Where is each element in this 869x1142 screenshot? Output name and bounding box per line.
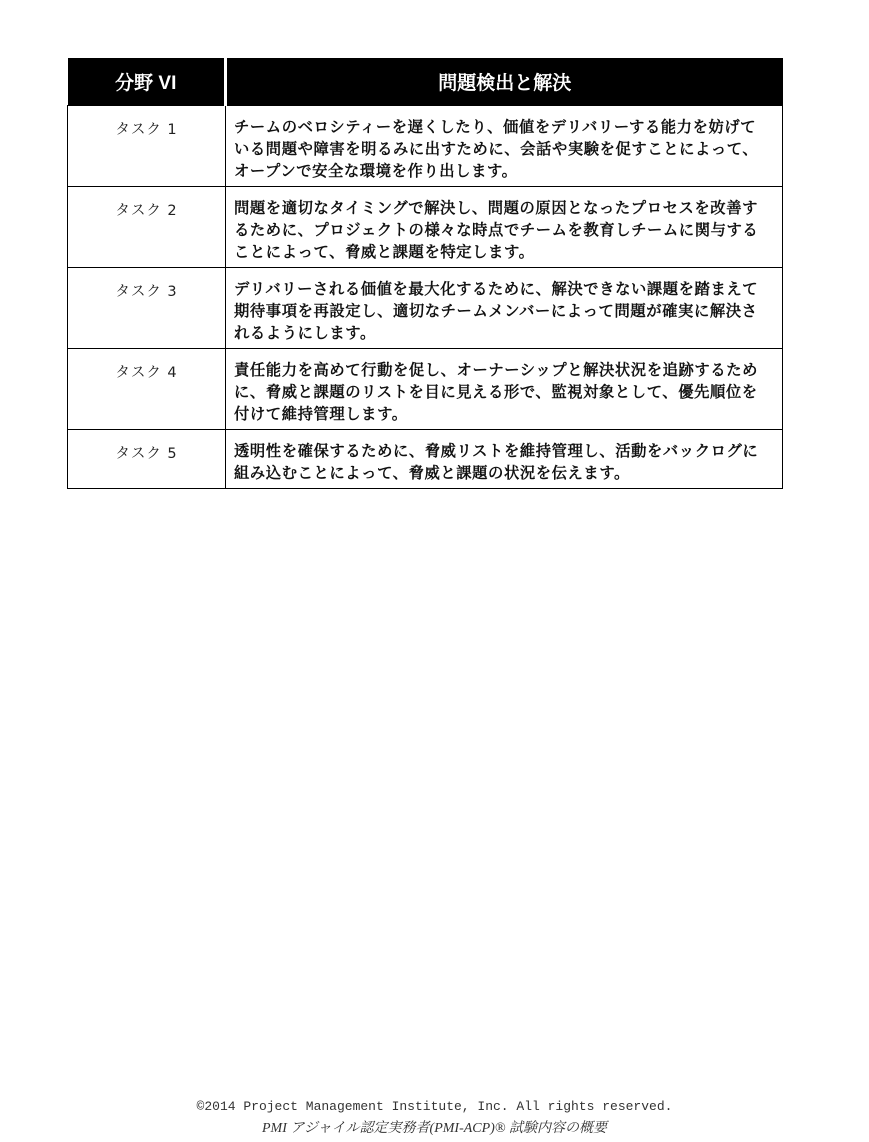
table-header-row: 分野 VI 問題検出と解決	[68, 58, 783, 106]
task-label: タスク 4	[68, 349, 226, 430]
task-label: タスク 2	[68, 187, 226, 268]
document-title-footer: PMI アジャイル認定実務者(PMI-ACP)® 試験内容の概要	[0, 1117, 869, 1137]
task-label: タスク 5	[68, 430, 226, 489]
task-label: タスク 3	[68, 268, 226, 349]
task-label: タスク 1	[68, 106, 226, 187]
task-description: 問題を適切なタイミングで解決し、問題の原因となったプロセスを改善するために、プロ…	[226, 187, 783, 268]
domain-title-header: 問題検出と解決	[226, 58, 783, 106]
table-row: タスク 2 問題を適切なタイミングで解決し、問題の原因となったプロセスを改善する…	[68, 187, 783, 268]
task-description: 透明性を確保するために、脅威リストを維持管理し、活動をバックログに組み込むことに…	[226, 430, 783, 489]
domain-task-table: 分野 VI 問題検出と解決 タスク 1 チームのベロシティーを遅くしたり、価値を…	[67, 58, 783, 489]
task-description: デリバリーされる価値を最大化するために、解決できない課題を踏まえて期待事項を再設…	[226, 268, 783, 349]
table-row: タスク 4 責任能力を高めて行動を促し、オーナーシップと解決状況を追跡するために…	[68, 349, 783, 430]
table-row: タスク 5 透明性を確保するために、脅威リストを維持管理し、活動をバックログに組…	[68, 430, 783, 489]
table-row: タスク 3 デリバリーされる価値を最大化するために、解決できない課題を踏まえて期…	[68, 268, 783, 349]
copyright-footer: ©2014 Project Management Institute, Inc.…	[0, 1099, 869, 1114]
table-row: タスク 1 チームのベロシティーを遅くしたり、価値をデリバリーする能力を妨げてい…	[68, 106, 783, 187]
domain-label-header: 分野 VI	[68, 58, 226, 106]
task-description: 責任能力を高めて行動を促し、オーナーシップと解決状況を追跡するために、脅威と課題…	[226, 349, 783, 430]
task-description: チームのベロシティーを遅くしたり、価値をデリバリーする能力を妨げている問題や障害…	[226, 106, 783, 187]
document-page: 分野 VI 問題検出と解決 タスク 1 チームのベロシティーを遅くしたり、価値を…	[0, 0, 869, 1142]
